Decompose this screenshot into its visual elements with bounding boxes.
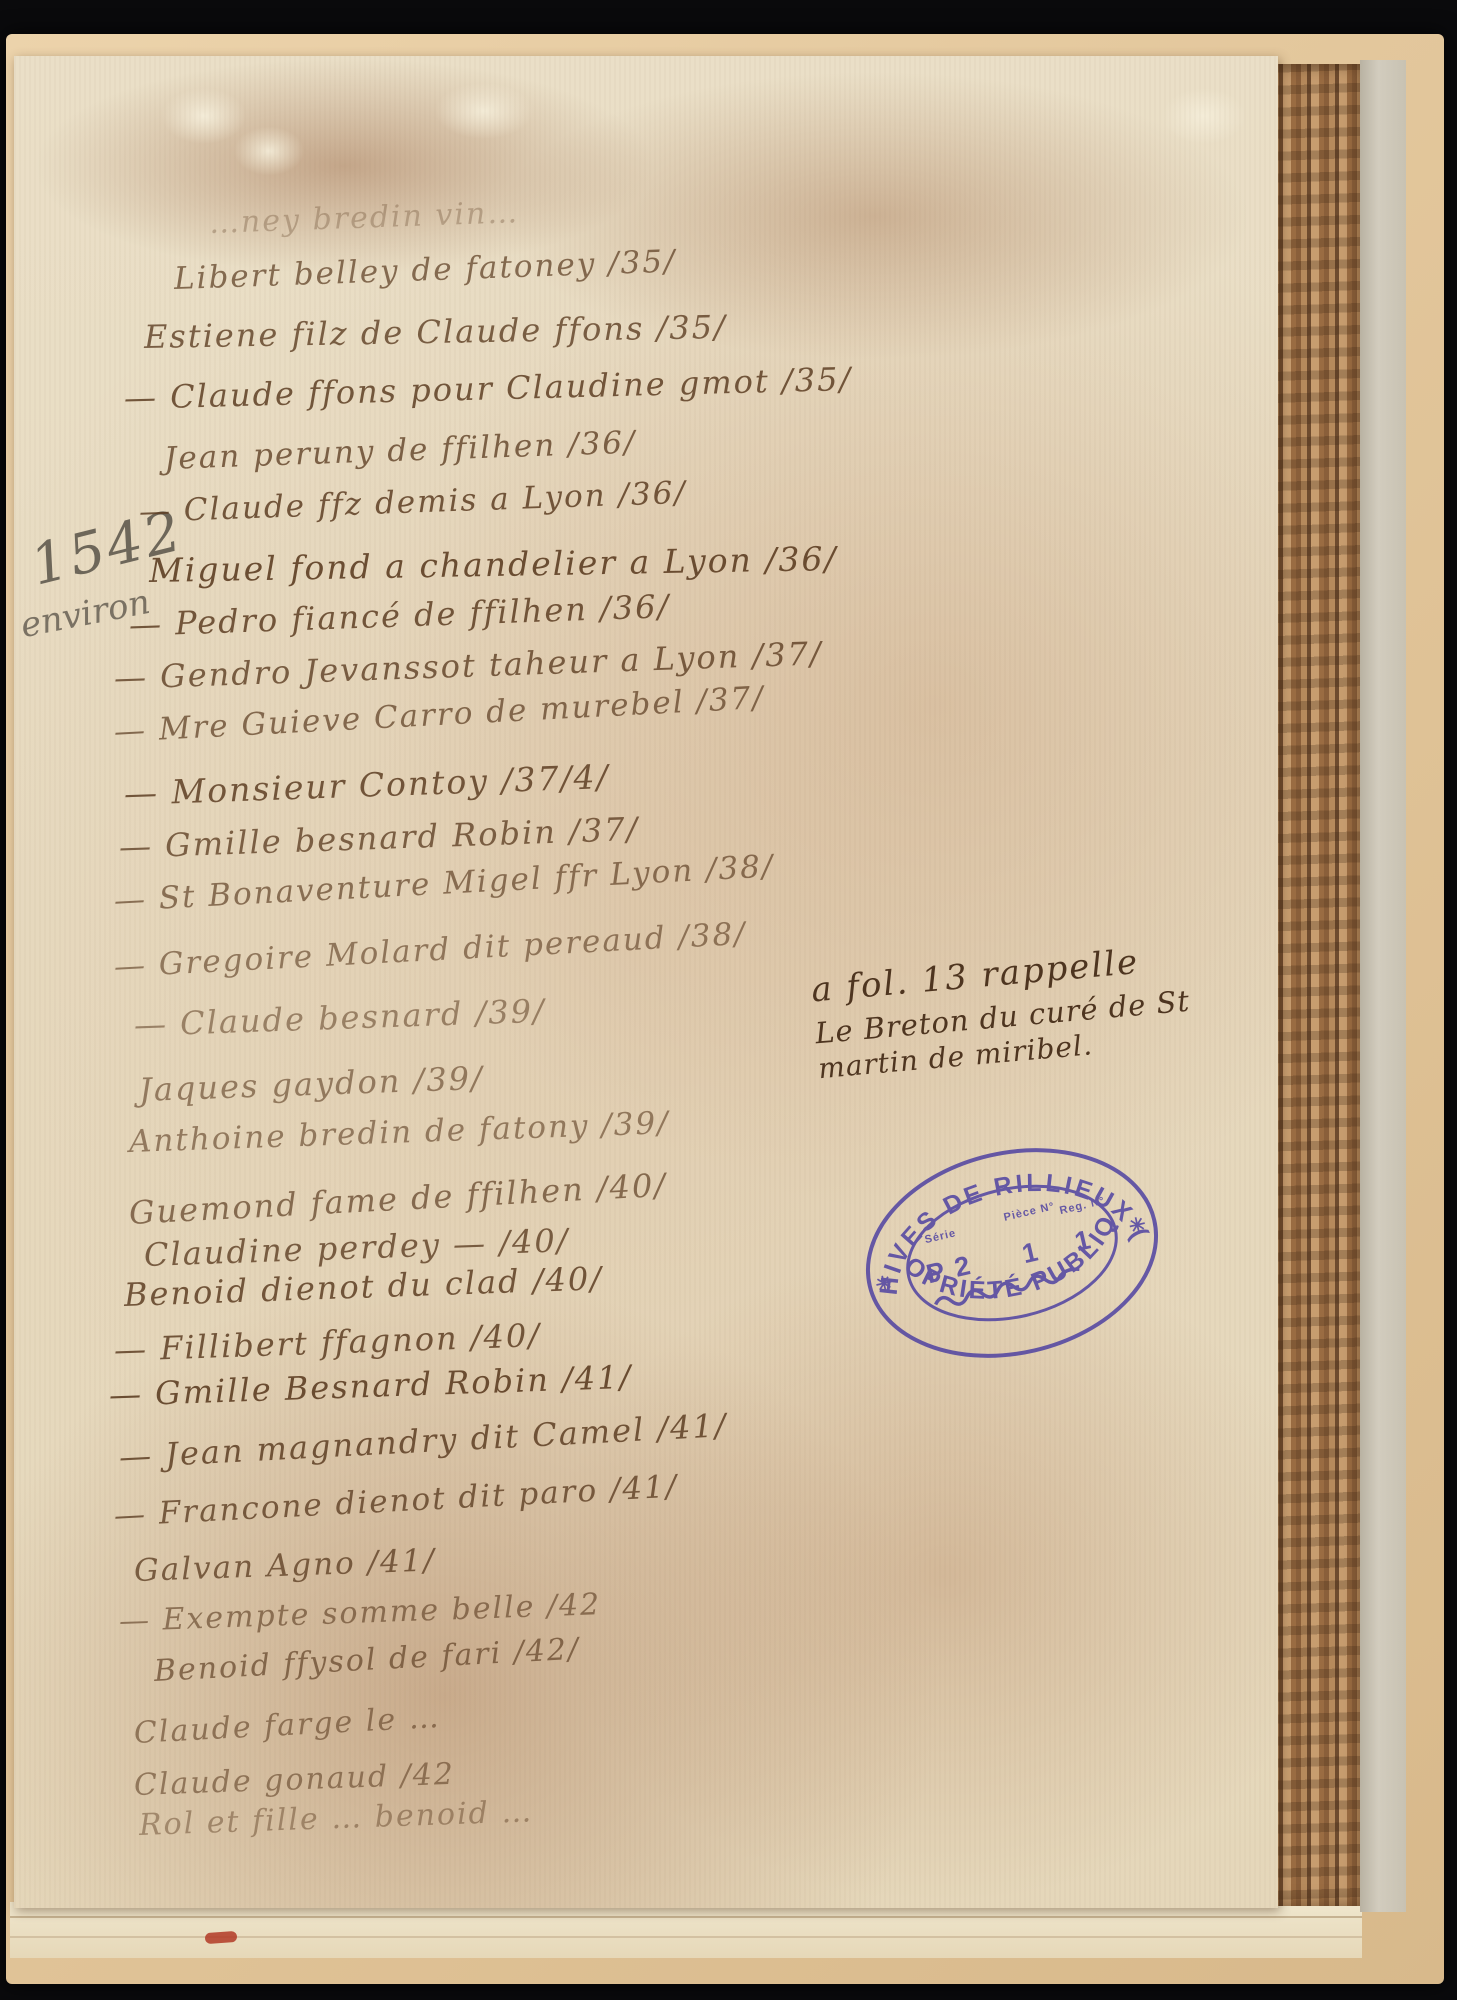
entry-line: Rol et fille … benoid … <box>138 1794 533 1843</box>
entry-line: — Gregoire Molard dit pereaud /38/ <box>113 916 747 985</box>
entry-line: Guemond fame de ffilhen /40/ <box>128 1166 668 1232</box>
entry-line: Claude farge le … <box>133 1700 441 1751</box>
entry-line: Jaques gaydon /39/ <box>138 1059 484 1109</box>
page-fore-edges <box>1268 64 1362 1906</box>
underlying-sheets <box>10 1902 1362 1958</box>
entry-line: Miguel fond a chandelier a Lyon /36/ <box>149 539 838 590</box>
entry-line: — Claude ffons pour Claudine gmot /35/ <box>124 360 853 417</box>
entry-line: …ney bredin vin… <box>208 195 519 241</box>
entry-line: — Exempte somme belle /42 <box>118 1587 601 1639</box>
entry-line: — Monsieur Contoy /37/4/ <box>123 757 610 813</box>
marginal-annotation: a fol. 13 rappelle Le Breton du curé de … <box>810 938 1195 1085</box>
entry-line: Galvan Agno /41/ <box>133 1542 436 1589</box>
entry-line: Estiene filz de Claude ffons /35/ <box>144 308 727 356</box>
entry-line: — Claude ffz demis a Lyon /36/ <box>138 475 687 530</box>
red-paper-fragment <box>205 1931 238 1944</box>
entry-line: — Gmille besnard Robin /37/ <box>118 810 640 866</box>
entry-line: Claude gonaud /42 <box>133 1757 455 1803</box>
stamp-field-label: Pièce N° <box>1003 1200 1057 1223</box>
entry-line: — Pedro fiancé de ffilhen /36/ <box>128 587 671 644</box>
stamp-field-value: 1 <box>1019 1236 1042 1269</box>
entry-line: Anthoine bredin de fatony /39/ <box>128 1105 670 1160</box>
entry-line: Libert belley de fatoney /35/ <box>173 243 677 297</box>
sheet-edge-line <box>10 1916 1362 1918</box>
entry-line: — Claude besnard /39/ <box>133 992 546 1044</box>
entry-line: — Fillibert ffagnon /40/ <box>113 1316 541 1369</box>
scanned-manuscript: 1542 environ …ney bredin vin…Libert bell… <box>0 0 1457 2000</box>
grey-insert-sheet <box>1360 60 1406 1912</box>
entry-line: Jean peruny de ffilhen /36/ <box>163 425 637 477</box>
entry-line: Benoid ffysol de fari /42/ <box>153 1632 581 1689</box>
archive-stamp: ARCHIVES DE RILLIEUX (Ain) PROPRIÉTÉ PUB… <box>840 1115 1184 1392</box>
stamp-bottom-arc: PROPRIÉTÉ PUBLIQUE <box>840 1115 1135 1338</box>
manuscript-page: 1542 environ …ney bredin vin…Libert bell… <box>14 56 1278 1908</box>
entry-line: — Francone dienot dit paro /41/ <box>113 1468 679 1534</box>
entry-line: — Jean magnandry dit Camel /41/ <box>118 1406 728 1476</box>
